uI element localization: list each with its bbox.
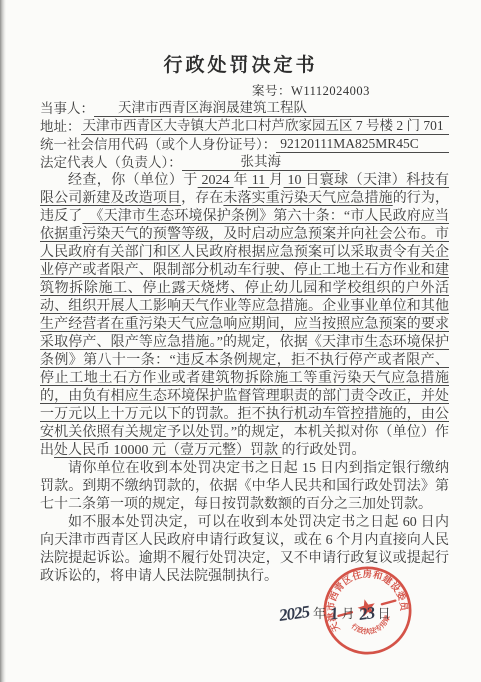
svg-text:天津市西青区住房和建设委员会: 天津市西青区住房和建设委员会	[321, 564, 412, 637]
issue-date-year-label: 年	[313, 603, 326, 622]
field-underline: 天津市西青区海润晟建筑工程队	[94, 99, 449, 117]
field-underline: 张其海	[182, 153, 340, 171]
filled-in-text: 11	[248, 173, 269, 188]
field-value: 92120111MA825MR45C	[276, 136, 419, 151]
issue-date-year-handwritten: 2025	[278, 602, 310, 626]
field-label: 法定代表人（负责人）：	[40, 154, 182, 171]
case-number-line: 案号：W1112024003	[252, 81, 370, 99]
field-party: 当事人：天津市西青区海润晟建筑工程队	[40, 99, 449, 117]
filled-in-text: 《天津市生态环境保护条例》第六十条：“市人民政府应当依据重污染天气的预警等级，及…	[40, 209, 449, 350]
filled-in-text: 未落实重污染天气应急措施	[223, 191, 392, 206]
issue-date-line: 2025 年 1 月 23 日	[278, 603, 394, 623]
field-label: 统一社会信用代码（或个人身份证号）：	[40, 136, 276, 153]
field-legal-representative: 法定代表人（负责人）：张其海	[40, 153, 449, 171]
document-title: 行政处罚决定书	[0, 50, 481, 77]
field-underline: 天津市西青区大寺镇大芦北口村芦欣家园五区 7 号楼 2 门 701	[81, 117, 450, 135]
document-page: 行政处罚决定书 案号：W1112024003 当事人：天津市西青区海润晟建筑工程…	[0, 0, 481, 682]
printed-text: 请你单位在收到本处罚决定书之日起 15 日内到指定银行缴纳罚款。到期不缴纳罚款的…	[40, 461, 449, 512]
filled-in-text: 2024	[198, 173, 234, 188]
party-info-fields: 当事人：天津市西青区海润晟建筑工程队地址：天津市西青区大寺镇大芦北口村芦欣家园五…	[40, 99, 449, 171]
printed-text: ，存在	[181, 191, 223, 206]
printed-text: 年	[233, 173, 247, 188]
field-value: 天津市西青区海润晟建筑工程队	[94, 100, 307, 115]
field-value: 天津市西青区大寺镇大芦北口村芦欣家园五区 7 号楼 2 门 701	[81, 118, 444, 133]
field-address: 地址：天津市西青区大寺镇大芦北口村芦欣家园五区 7 号楼 2 门 701	[40, 117, 449, 135]
filled-in-text: 10	[284, 173, 306, 188]
printed-text: 月	[269, 173, 283, 188]
printed-text: 的行政处罚。	[282, 443, 366, 458]
issue-date-month-label: 月	[342, 603, 355, 622]
body-paragraph-2: 请你单位在收到本处罚决定书之日起 15 日内到指定银行缴纳罚款。到期不缴纳罚款的…	[40, 460, 449, 514]
issue-date-day-label: 日	[378, 603, 391, 622]
case-number-label: 案号：	[252, 84, 291, 98]
filled-in-text: 处人民币 10000 元（壹万元整）罚款	[54, 443, 282, 458]
issue-date-day-handwritten: 23	[357, 603, 375, 625]
printed-text: 经查，你（单位）于	[68, 173, 198, 188]
printed-text: 的规定，依据	[223, 335, 308, 350]
decision-body: 经查，你（单位）于 2024 年 11 月 10 日寰球（天津）科技有限公司新建…	[40, 172, 449, 586]
case-number-value: W1112024003	[291, 84, 370, 98]
issue-date-month-handwritten: 1	[329, 604, 339, 625]
field-underline: 92120111MA825MR45C	[276, 135, 449, 153]
field-credit-code: 统一社会信用代码（或个人身份证号）：92120111MA825MR45C	[40, 135, 449, 153]
scan-edge	[0, 0, 6, 682]
seal-org-text: 天津市西青区住房和建设委员会	[321, 564, 412, 637]
body-paragraph-1: 经查，你（单位）于 2024 年 11 月 10 日寰球（天津）科技有限公司新建…	[40, 172, 449, 460]
field-label: 当事人：	[40, 100, 94, 117]
printed-text: 日	[305, 173, 319, 188]
field-label: 地址：	[40, 118, 81, 135]
field-value: 张其海	[182, 153, 340, 170]
